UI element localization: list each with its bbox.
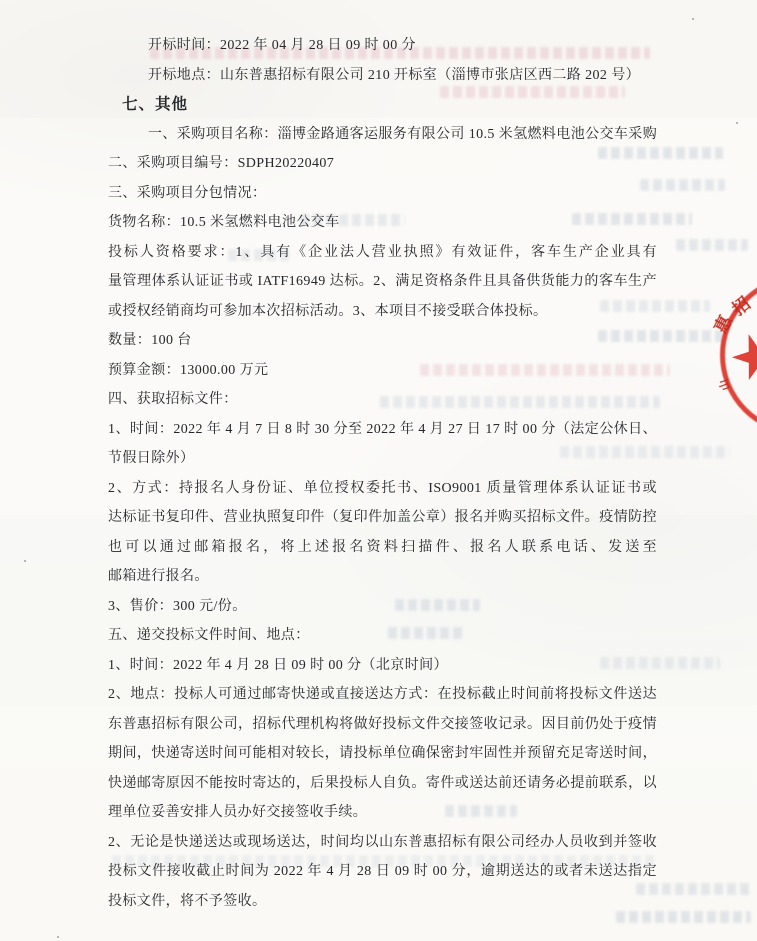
doc-line: 3、售价：300 元/份。: [108, 592, 657, 622]
scan-speck: [736, 122, 738, 124]
stamp-arc-character: 山: [718, 377, 732, 391]
bleedthrough-text-ghost: [676, 239, 748, 251]
scan-speck: [24, 560, 26, 562]
doc-line: 东普惠招标有限公司，招标代理机构将做好投标文件交接签收记录。因目前仍处于疫情防控: [108, 710, 657, 740]
doc-line: 达标证书复印件、营业执照复印件（复印件加盖公章）报名并购买招标文件。疫情防控期间…: [108, 503, 657, 533]
doc-line: 期间，快递寄送时间可能相对较长，请投标单位确保密封牢固性并预留充足寄送时间，由于: [108, 739, 657, 769]
scan-speck: [692, 18, 694, 20]
doc-line: 量管理体系认证证书或 IATF16949 达标。2、满足资格条件且具备供货能力的…: [108, 267, 657, 297]
doc-line: 三、采购项目分包情况：: [108, 179, 657, 209]
doc-line: 投标文件接收截止时间为 2022 年 4 月 28 日 09 时 00 分，逾期…: [108, 857, 657, 887]
stamp-arc-character: 惠: [712, 313, 735, 336]
doc-line: 2、方式：持报名人身份证、单位授权委托书、ISO9001 质量管理体系认证证书或…: [108, 474, 657, 504]
doc-line: 货物名称：10.5 米氢燃料电池公交车: [108, 208, 657, 238]
stamp-ring: [720, 275, 757, 435]
doc-line: 1、时间：2022 年 4 月 7 日 8 时 30 分至 2022 年 4 月…: [108, 415, 657, 445]
doc-line: 或授权经销商均可参加本次招标活动。3、本项目不接受联合体投标。: [108, 297, 657, 327]
doc-line: 开标地点：山东普惠招标有限公司 210 开标室（淄博市张店区西二路 202 号）: [108, 61, 657, 91]
document-body: 开标时间：2022 年 04 月 28 日 09 时 00 分开标地点：山东普惠…: [108, 31, 657, 916]
doc-line: 理单位妥善安排人员办好交接签收手续。: [108, 798, 657, 828]
doc-line: 节假日除外）: [108, 444, 657, 474]
doc-line: 七、其他: [108, 90, 657, 120]
doc-line: 数量：100 台: [108, 326, 657, 356]
doc-line: 投标人资格要求：1、具有《企业法人营业执照》有效证件，客车生产企业具有 ISO9…: [108, 238, 657, 268]
doc-line: 2、无论是快递送达或现场送达，时间均以山东普惠招标有限公司经办人员收到并签收为准…: [108, 828, 657, 858]
doc-line: 预算金额：13000.00 万元: [108, 356, 657, 386]
stamp-arc-character: 招: [730, 295, 754, 319]
doc-line: 开标时间：2022 年 04 月 28 日 09 时 00 分: [108, 31, 657, 61]
scanned-document-page: 开标时间：2022 年 04 月 28 日 09 时 00 分开标地点：山东普惠…: [0, 0, 757, 941]
doc-line: 五、递交投标文件时间、地点：: [108, 621, 657, 651]
doc-line: 邮箱进行报名。: [108, 562, 657, 592]
doc-line: 四、获取招标文件：: [108, 385, 657, 415]
stamp-star-icon: [726, 327, 757, 387]
doc-line: 2、地点：投标人可通过邮寄快递或直接送达方式：在投标截止时间前将投标文件送达至山: [108, 680, 657, 710]
doc-line: 一、采购项目名称：淄博金路通客运服务有限公司 10.5 米氢燃料电池公交车采购: [108, 120, 657, 150]
doc-line: 快递邮寄原因不能按时寄达的，后果投标人自负。寄件或送达前还请务必提前联系，以便代: [108, 769, 657, 799]
doc-line: 1、时间：2022 年 4 月 28 日 09 时 00 分（北京时间）: [108, 651, 657, 681]
doc-line: 二、采购项目编号：SDPH20220407: [108, 149, 657, 179]
doc-line: 投标文件，将不予签收。: [108, 887, 657, 917]
scan-speck: [57, 936, 59, 938]
doc-line: 也可以通过邮箱报名，将上述报名资料扫描件、报名人联系电话、发送至 3296176…: [108, 533, 657, 563]
